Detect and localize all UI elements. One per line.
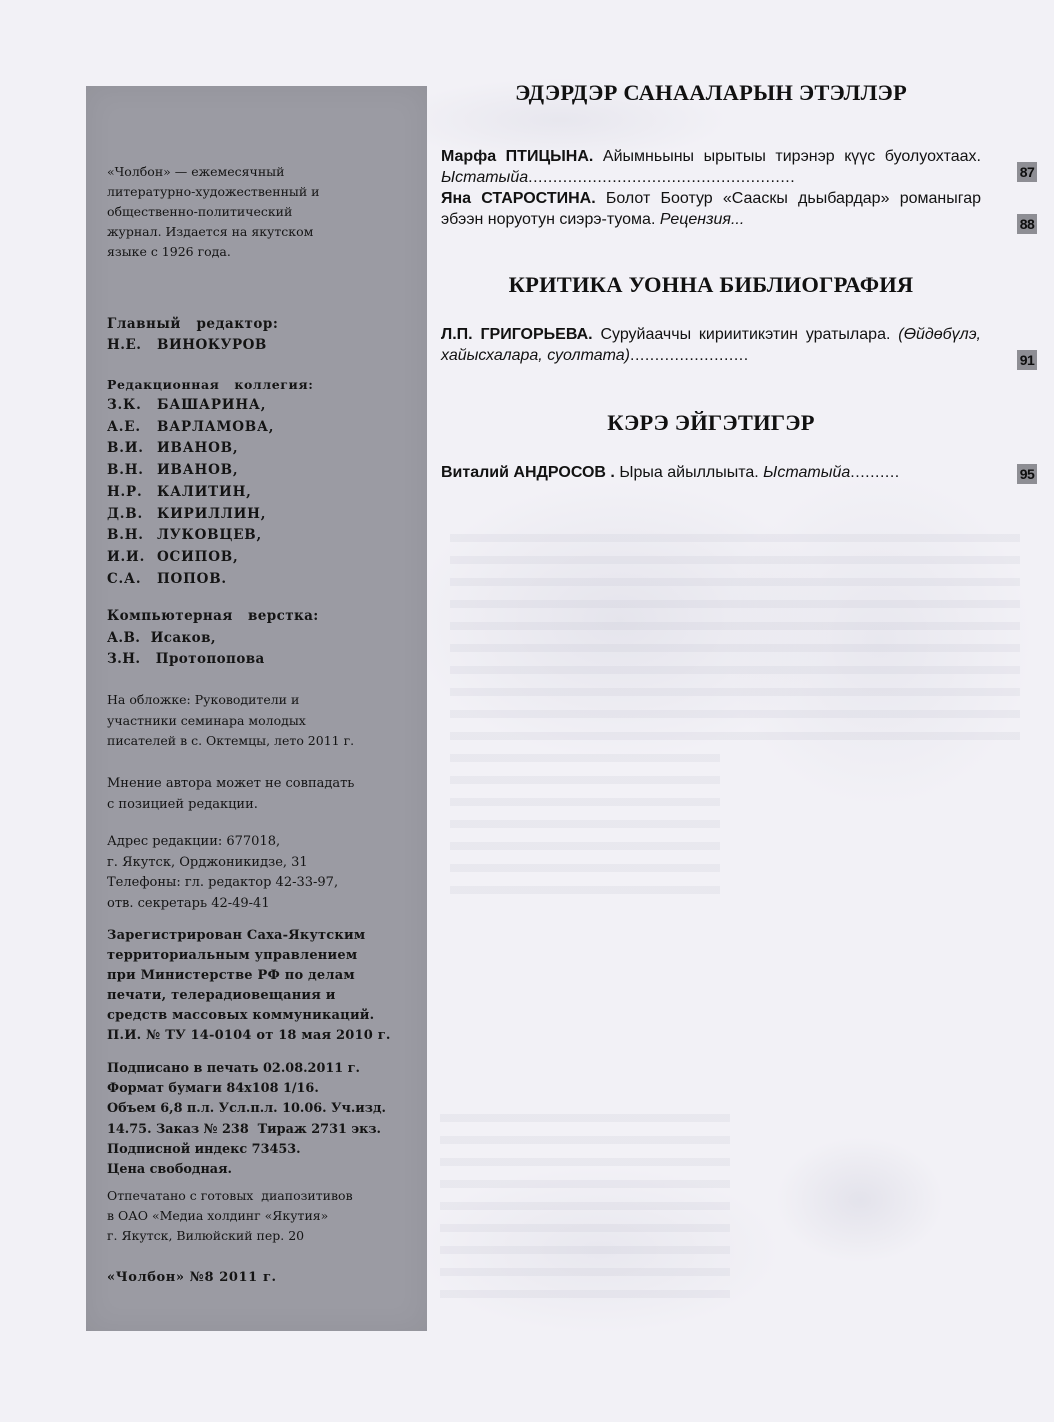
board-member-surname: ИВАНОВ, xyxy=(157,440,238,456)
entry-genre: Ыстатыйа xyxy=(441,169,528,186)
editorial-address: Адрес редакции: 677018, г. Якутск, Орджо… xyxy=(107,832,407,914)
printing-house-line: в ОАО «Медиа холдинг «Якутия» xyxy=(107,1206,407,1226)
printing-house-line: Отпечатано с готовых диапозитивов xyxy=(107,1186,407,1206)
description-line: литературно-художественный и xyxy=(107,182,407,202)
cover-note-line: На обложке: Руководители и xyxy=(107,690,407,711)
board-member-initials: В.Н. xyxy=(107,525,157,547)
cover-note-line: участники семинара молодых xyxy=(107,711,407,732)
address-line: Телефоны: гл. редактор 42-33-97, xyxy=(107,873,407,894)
cover-note-line: писателей в с. Октемцы, лето 2011 г. xyxy=(107,731,407,752)
board-member-surname: БАШАРИНА, xyxy=(157,397,266,413)
board-member-surname: КИРИЛЛИН, xyxy=(157,506,266,522)
editorial-board-heading: Редакционная коллегия: xyxy=(107,374,407,395)
layout-staff: З.Н. Протопопова xyxy=(107,649,407,671)
board-member-initials: С.А. xyxy=(107,569,157,591)
show-through-text-left xyxy=(450,520,720,900)
printing-house: Отпечатано с готовых диапозитивов в ОАО … xyxy=(107,1186,407,1246)
registration-line: при Министерстве РФ по делам xyxy=(107,966,407,986)
address-line: Адрес редакции: 677018, xyxy=(107,832,407,853)
board-member-surname: ЛУКОВЦЕВ, xyxy=(157,527,262,543)
editorial-board-label: Редакционная коллегия: xyxy=(107,374,407,395)
board-member: В.Н.ИВАНОВ, xyxy=(107,460,407,482)
board-member: А.Е.ВАРЛАМОВА, xyxy=(107,417,407,439)
issue-label: «Чолбон» №8 2011 г. xyxy=(107,1268,407,1288)
printing-house-line: г. Якутск, Вилюйский пер. 20 xyxy=(107,1226,407,1246)
board-member-initials: Н.Р. xyxy=(107,482,157,504)
show-through-text-right xyxy=(720,520,1020,740)
entry-title: Суруйааччы кириитикэтин уратылара. xyxy=(593,326,899,343)
address-line: г. Якутск, Орджоникидзе, 31 xyxy=(107,853,407,874)
show-through-text-bottom xyxy=(440,1100,730,1310)
board-member: В.И.ИВАНОВ, xyxy=(107,438,407,460)
board-member-initials: В.Н. xyxy=(107,460,157,482)
board-member-initials: А.Е. xyxy=(107,417,157,439)
leader-dots: .......... xyxy=(850,464,899,481)
board-member: С.А.ПОПОВ. xyxy=(107,569,407,591)
cover-note: На обложке: Руководители и участники сем… xyxy=(107,690,407,752)
layout-label: Компьютерная верстка: xyxy=(107,606,407,628)
section-title: ЭДЭРДЭР САНААЛАРЫН ЭТЭЛЛЭР xyxy=(441,80,981,106)
print-detail-line: Объем 6,8 п.л. Усл.п.л. 10.06. Уч.изд. xyxy=(107,1099,407,1119)
opinion-disclaimer: Мнение автора может не совпадать с позиц… xyxy=(107,774,407,815)
print-detail-line: Подписано в печать 02.08.2011 г. xyxy=(107,1059,407,1079)
board-member-initials: В.И. xyxy=(107,438,157,460)
board-member-surname: ВАРЛАМОВА, xyxy=(157,419,274,435)
journal-description: «Чолбон» — ежемесячный литературно-худож… xyxy=(107,162,407,262)
issue-number: «Чолбон» №8 2011 г. xyxy=(107,1268,407,1288)
description-line: «Чолбон» — ежемесячный xyxy=(107,162,407,182)
board-member-surname: ИВАНОВ, xyxy=(157,462,238,478)
print-detail-line: 14.75. Заказ № 238 Тираж 2731 экз. xyxy=(107,1120,407,1140)
chief-editor-label: Главный редактор: xyxy=(107,314,407,335)
computer-layout: Компьютерная верстка: А.В. Исаков, З.Н. … xyxy=(107,606,407,671)
entry-genre: Рецензия... xyxy=(660,211,744,228)
print-details: Подписано в печать 02.08.2011 г. Формат … xyxy=(107,1059,407,1180)
disclaimer-line: Мнение автора может не совпадать xyxy=(107,774,407,795)
imprint-panel: «Чолбон» — ежемесячный литературно-худож… xyxy=(86,86,427,1331)
entry-author: Марфа ПТИЦЫНА. xyxy=(441,148,593,165)
leader-dots: ........................................… xyxy=(528,169,795,186)
chief-editor-name: Н.Е. ВИНОКУРОВ xyxy=(107,335,407,356)
board-member-initials: Д.В. xyxy=(107,504,157,526)
description-line: общественно-политический xyxy=(107,202,407,222)
chief-editor: Главный редактор: Н.Е. ВИНОКУРОВ xyxy=(107,314,407,356)
board-member-initials: И.И. xyxy=(107,547,157,569)
board-member-surname: ОСИПОВ, xyxy=(157,549,238,565)
board-member-surname: КАЛИТИН, xyxy=(157,484,252,500)
print-detail-line: Цена свободная. xyxy=(107,1160,407,1180)
print-detail-line: Подписной индекс 73453. xyxy=(107,1140,407,1160)
description-line: языке с 1926 года. xyxy=(107,242,407,262)
page-number-badge: 91 xyxy=(1017,350,1037,370)
entry-title: Айымньыны ырытыы тирэнэр күүс буолуохтаа… xyxy=(593,148,981,165)
editorial-board-list: З.К.БАШАРИНА, А.Е.ВАРЛАМОВА, В.И.ИВАНОВ,… xyxy=(107,395,407,590)
print-detail-line: Формат бумаги 84х108 1/16. xyxy=(107,1079,407,1099)
board-member: И.И.ОСИПОВ, xyxy=(107,547,407,569)
board-member-surname: ПОПОВ. xyxy=(157,571,227,587)
toc-entry[interactable]: Марфа ПТИЦЫНА. Айымньыны ырытыы тирэнэр … xyxy=(441,146,981,188)
page-number-badge: 95 xyxy=(1017,464,1037,484)
section-title: КРИТИКА УОННА БИБЛИОГРАФИЯ xyxy=(441,272,981,298)
registration-line: Зарегистрирован Саха-Якутским xyxy=(107,926,407,946)
toc-entry[interactable]: Яна СТАРОСТИНА. Болот Боотур «Сааскы дьы… xyxy=(441,188,981,230)
toc-entry[interactable]: Виталий АНДРОСОВ . Ырыа айыллыыта. Ыстат… xyxy=(441,462,981,483)
entry-author: Л.П. ГРИГОРЬЕВА. xyxy=(441,326,593,343)
address-line: отв. секретарь 42-49-41 xyxy=(107,894,407,915)
entry-title: Ырыа айыллыыта. xyxy=(615,464,763,481)
registration-info: Зарегистрирован Саха-Якутским территориа… xyxy=(107,926,407,1046)
board-member: З.К.БАШАРИНА, xyxy=(107,395,407,417)
toc-entry[interactable]: Л.П. ГРИГОРЬЕВА. Суруйааччы кириитикэтин… xyxy=(441,324,981,366)
registration-line: П.И. № ТУ 14-0104 от 18 мая 2010 г. xyxy=(107,1026,407,1046)
page-number-badge: 88 xyxy=(1017,214,1037,234)
description-line: журнал. Издается на якутском xyxy=(107,222,407,242)
entry-author: Яна СТАРОСТИНА. xyxy=(441,190,596,207)
board-member: Д.В.КИРИЛЛИН, xyxy=(107,504,407,526)
page-number-badge: 87 xyxy=(1017,162,1037,182)
registration-line: печати, телерадиовещания и xyxy=(107,986,407,1006)
disclaimer-line: с позицией редакции. xyxy=(107,795,407,816)
section-title: КЭРЭ ЭЙГЭТИГЭР xyxy=(441,410,981,436)
leader-dots: ........................ xyxy=(630,347,749,364)
board-member-initials: З.К. xyxy=(107,395,157,417)
registration-line: средств массовых коммуникаций. xyxy=(107,1006,407,1026)
registration-line: территориальным управлением xyxy=(107,946,407,966)
board-member: В.Н.ЛУКОВЦЕВ, xyxy=(107,525,407,547)
entry-genre: Ыстатыйа xyxy=(763,464,850,481)
entry-author: Виталий АНДРОСОВ . xyxy=(441,464,615,481)
board-member: Н.Р.КАЛИТИН, xyxy=(107,482,407,504)
layout-staff: А.В. Исаков, xyxy=(107,628,407,650)
